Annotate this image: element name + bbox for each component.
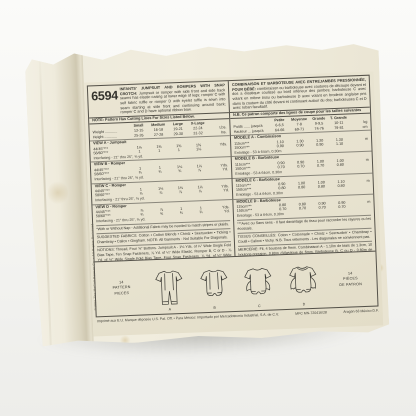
english-title-block: INFANTS' JUMPSUIT AND ROMPERS WITH SNAP … [120, 83, 226, 115]
size-value: 27-28 [149, 132, 169, 138]
yardage-value: ¾ [152, 212, 172, 217]
pattern-pieces-count-fr: 14 PIÈCES DE PATRON [329, 271, 372, 289]
french-view-yardage: MODÈLE A - Combinaison115cm***1.101.301.… [234, 130, 371, 218]
yardage-value: 0.70 [291, 164, 311, 169]
product-photo-background: ©1982 The McCall Pattern Co. • All Right… [0, 0, 416, 416]
romper-c-ruffle-line-drawing [241, 265, 276, 306]
yardage-unit [349, 141, 368, 146]
yardage-value: 0.80 [330, 163, 350, 168]
size-value: 25-26 [129, 133, 149, 139]
yardage-value: ¾ [171, 211, 191, 216]
yardage-value: ⅞ [190, 168, 210, 173]
size-value: 64-66 [270, 127, 290, 133]
fold-crease [38, 50, 51, 346]
yardage-value: 0.70 [312, 206, 332, 211]
size-value: 74-76 [309, 126, 329, 132]
romper-b-line-drawing [197, 266, 232, 307]
size-unit: cm [349, 124, 368, 130]
yardage-value: 0.80 [311, 185, 331, 190]
french-title-block: COMBINAISON ET BARBOTEUSE AVEC ENTREJAMB… [232, 78, 367, 111]
yardage-value: 1⅛ [189, 147, 209, 152]
garment-sketch-a: A [152, 268, 187, 313]
pieces-word: PIECES [101, 290, 143, 297]
english-column: 6594 INFANTS' JUMPSUIT AND ROMPERS WITH … [88, 81, 236, 261]
yardage-value: ⅞ [171, 190, 191, 195]
english-header: 6594 INFANTS' JUMPSUIT AND ROMPERS WITH … [91, 83, 226, 116]
view-letter: C [258, 305, 261, 309]
yardage-value: 1 [169, 148, 189, 153]
yardage-value: ⅞ [190, 189, 210, 194]
yardage-unit [351, 183, 370, 188]
size-value: 29-30 [168, 131, 188, 137]
imprint-right: Aragón 63 México D.F. [343, 308, 379, 313]
pattern-number: 6594 [91, 87, 119, 116]
instruction-card: ©1982 The McCall Pattern Co. • All Right… [84, 72, 384, 337]
yardage-value: ¾ [150, 170, 170, 175]
view-letter: A [169, 309, 171, 313]
language-columns: 6594 INFANTS' JUMPSUIT AND ROMPERS WITH … [88, 76, 376, 262]
sewing-pattern-envelope-back: ©1982 The McCall Pattern Co. • All Right… [24, 37, 389, 346]
size-unit: Ins. [208, 130, 227, 136]
garment-sketch-d: D [286, 263, 321, 308]
pieces-word: DE PATRON [330, 281, 372, 288]
view-letter: D [303, 303, 306, 307]
size-value: 31-32 [188, 130, 208, 136]
yardage-unit: Yd. [209, 167, 228, 172]
garment-sketch-c: C [241, 265, 276, 310]
yardage-value: 0.90 [290, 143, 310, 148]
yardage-value: 0.80 [292, 185, 312, 190]
yardage-value: ¾ [170, 169, 190, 174]
size-value: 69-71 [289, 127, 309, 133]
yardage-unit [352, 204, 371, 209]
jumpsuit-a-line-drawing [152, 268, 187, 309]
yardage-value: 1 [149, 149, 169, 154]
english-view-yardage: VIEW A - Jumpsuit44/45"***1⅛1⅜1⅜1⅜Yds.58… [93, 136, 230, 224]
yardage-value: ⅞ [151, 191, 171, 196]
yardage-value: 0.70 [332, 205, 352, 210]
yardage-value: ¾ [191, 210, 211, 215]
yardage-unit [208, 146, 227, 151]
yardage-unit [350, 162, 369, 167]
yardage-value: 1.10 [330, 142, 350, 147]
yardage-chart-box: 6594 INFANTS' JUMPSUIT AND ROMPERS WITH … [87, 75, 379, 318]
yardage-unit: Yd. [210, 189, 229, 194]
garment-sketch-b: B [197, 266, 232, 311]
yardage-value: 0.70 [311, 164, 331, 169]
romper-d-eyelet-line-drawing [286, 263, 321, 304]
size-value: 79-81 [329, 125, 349, 131]
yardage-value: 0.80 [331, 184, 351, 189]
imprint-mid: MFC MN-720416/28 [295, 310, 327, 315]
french-column: COMBINAISON ET BARBOTEUSE AVEC ENTREJAMB… [229, 76, 376, 256]
yardage-value: 0.90 [310, 142, 330, 147]
illustration-band: 14 PATTERN PIECES A [95, 251, 378, 317]
yardage-unit: Yd. [211, 210, 230, 215]
pattern-pieces-count-en: 14 PATTERN PIECES [100, 280, 143, 298]
yardage-value: 0.70 [293, 206, 313, 211]
garment-back-views: A B [146, 255, 327, 314]
view-letter: B [213, 307, 215, 311]
